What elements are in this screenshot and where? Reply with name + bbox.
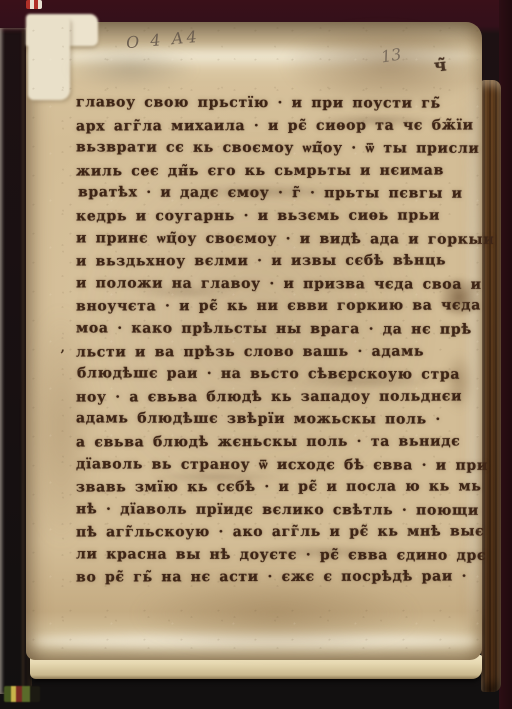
text-line: дїаволь вь страноу ѿ исходє бѣ євва · и … bbox=[76, 453, 456, 477]
pencil-inscription: О 4 А4 bbox=[125, 27, 200, 52]
text-line: вьзврати сє кь своємоу ѡц̃оу · ѿ ты прис… bbox=[76, 137, 456, 161]
gutter-crease bbox=[22, 30, 24, 692]
text-line: кедрь и соугарнь · и вьзємь сиѳь прьи bbox=[76, 204, 456, 228]
ink-folio-mark: ч̃ bbox=[433, 55, 447, 76]
text-line: главоу свою прьстїю · и при поусти гь̃ bbox=[76, 91, 456, 115]
text-line: ноу · а євьва блюдѣ кь западоу польднєи bbox=[76, 385, 456, 409]
text-line: пѣ агг̃льскоую · ако агг̃ль и рє̃ кь мнѣ… bbox=[76, 521, 456, 545]
manuscript-page: О 4 А4 13 ч̃ ’ главоу свою прьстїю · и п… bbox=[26, 22, 482, 660]
endband-bottom bbox=[4, 686, 40, 702]
text-line: арх агг̃ла михаила · и рє̃ сиѳор та чє б… bbox=[76, 114, 456, 138]
text-block: главоу свою прьстїю · и при поусти гь̃ а… bbox=[76, 92, 456, 589]
photo-background: О 4 А4 13 ч̃ ’ главоу свою прьстїю · и п… bbox=[0, 0, 512, 709]
text-line: моа · како прѣльсты ны врага · да нє прѣ bbox=[76, 317, 456, 341]
text-line: льсти и ва прѣзь слово вашь · адамь bbox=[76, 340, 456, 364]
text-line: а євьва блюдѣ жєньскы поль · та вьнидє bbox=[76, 430, 456, 454]
text-line: вноучєта · и рє̃ кь ни євви горкию ва чє… bbox=[76, 295, 456, 319]
book-fore-edge bbox=[481, 80, 501, 692]
text-line: нѣ · дїаволь прїидє вєлико свѣтль · поющ… bbox=[76, 498, 456, 522]
text-line: ли красна вы нѣ доуєтє · рє̃ євва єдино … bbox=[76, 543, 456, 567]
text-line: и положи на главоу · и призва чєда своа … bbox=[76, 272, 456, 296]
pencil-folio-number: 13 bbox=[380, 45, 403, 67]
text-line: жиль сеє дн̃ь єго кь сьмрьты и нєимав bbox=[76, 159, 456, 183]
text-line: блюдѣшє раи · на вьсто сѣвєрскоую стра bbox=[77, 362, 456, 386]
headband-top bbox=[26, 0, 42, 9]
repair-patch-side bbox=[28, 18, 70, 100]
text-line: вратѣх · и дадє ємоу · г̃ · прьты пєвгы … bbox=[78, 182, 456, 206]
text-line: и принє ѡц̃оу своємоу · и видѣ ада и гор… bbox=[76, 227, 456, 251]
text-line: во рє̃ гь̃ на нє асти · єжє є посрѣдѣ ра… bbox=[76, 566, 456, 590]
text-line: и вьздьхноу вєлми · и извы сєбѣ вѣнць bbox=[76, 250, 456, 274]
deckle-edge-bottom bbox=[36, 634, 476, 648]
margin-mark: ’ bbox=[60, 348, 65, 364]
text-line: адамь блюдѣшє звѣрїи можьскы поль · bbox=[76, 408, 456, 432]
text-line: звавь змїю кь сєбѣ · и рє̃ и посла ю кь … bbox=[76, 476, 456, 500]
